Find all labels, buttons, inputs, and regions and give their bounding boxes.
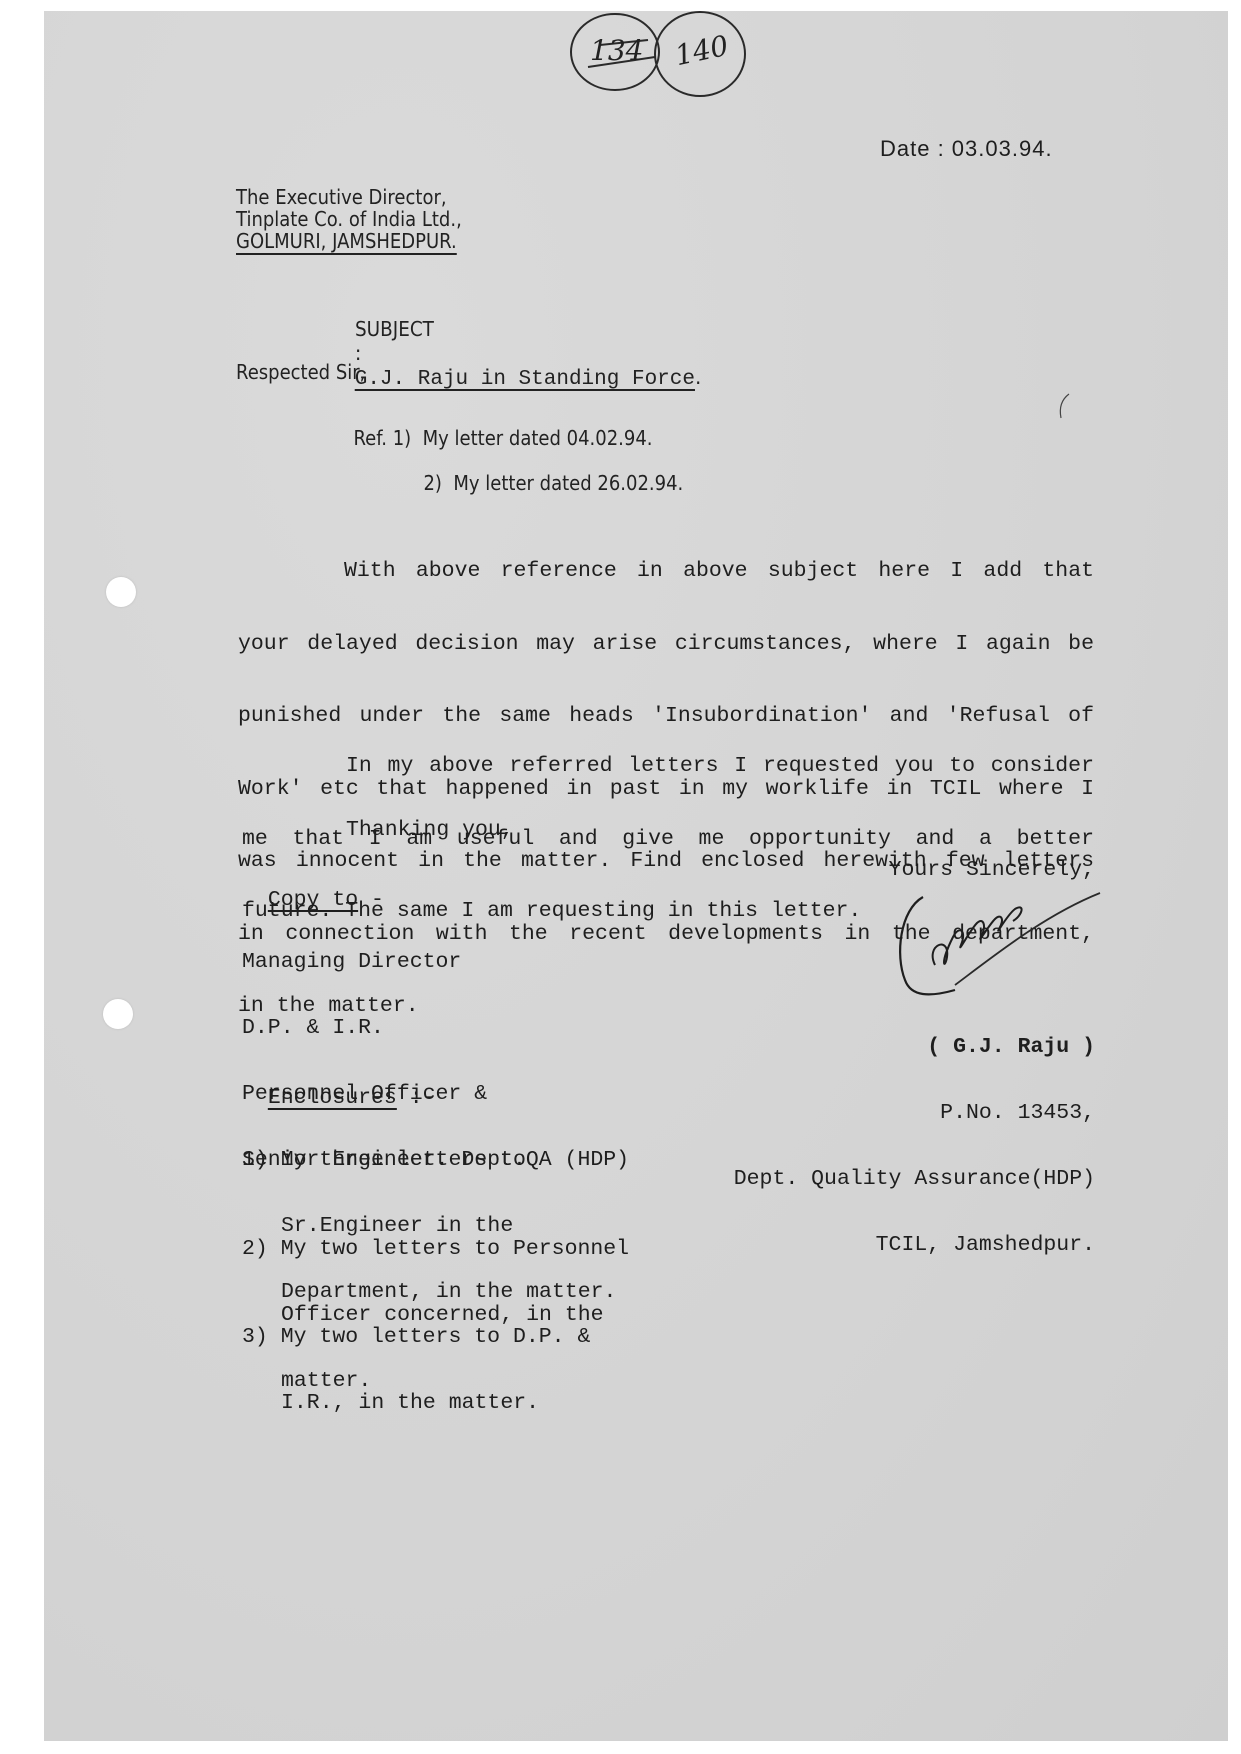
paragraph-line: In my above referred letters I requested…	[346, 754, 1094, 779]
handwritten-signature	[895, 885, 1105, 1005]
reference-1: Ref. 1) My letter dated 04.02.94.	[342, 402, 653, 450]
recipient-company: Tinplate Co. of India Ltd.,	[236, 208, 462, 230]
signatory-org: TCIL, Jamshedpur.	[734, 1234, 1095, 1256]
paragraph-line: your delayed decision may arise circumst…	[238, 632, 1094, 657]
copy-to-item: D.P. & I.R.	[242, 1017, 629, 1039]
enclosure-item-3: 3) My two letters to D.P. & I.R., in the…	[242, 1282, 590, 1436]
reference-2: 2) My letter dated 26.02.94.	[412, 447, 683, 495]
handwritten-page-marks: 134 140	[560, 12, 750, 102]
signatory-pno: P.No. 13453,	[734, 1102, 1095, 1124]
recipient-city: GOLMURI, JAMSHEDPUR.	[236, 230, 462, 252]
copy-to-heading: Copy to -	[242, 864, 384, 912]
subject-text: G.J. Raju in Standing Force	[355, 368, 695, 391]
closing: Thanking you,	[346, 818, 514, 842]
signatory-name: ( G.J. Raju )	[734, 1036, 1095, 1058]
punch-hole-bottom	[103, 999, 133, 1029]
punch-hole-top	[106, 577, 136, 607]
enclosures-heading: Enclosures :-	[242, 1062, 436, 1110]
signatory-block: ( G.J. Raju ) P.No. 13453, Dept. Quality…	[734, 992, 1095, 1278]
copy-to-item: Managing Director	[242, 951, 629, 973]
subject-line: SUBJECT : G.J. Raju in Standing Force.	[342, 293, 701, 391]
old-page-number: 134	[590, 34, 643, 67]
stray-pen-mark-icon	[1055, 392, 1075, 422]
recipient-title: The Executive Director,	[236, 186, 462, 208]
subject-label: SUBJECT	[355, 317, 434, 341]
paragraph-line: With above reference in above subject he…	[344, 559, 1094, 584]
signatory-dept: Dept. Quality Assurance(HDP)	[734, 1168, 1095, 1190]
signature-icon	[895, 885, 1105, 1005]
valediction: Yours Sincerely,	[889, 858, 1095, 882]
recipient-address: The Executive Director, Tinplate Co. of …	[236, 186, 487, 252]
salutation: Respected Sir,	[236, 360, 365, 384]
letter-date: Date : 03.03.94.	[880, 136, 1053, 162]
